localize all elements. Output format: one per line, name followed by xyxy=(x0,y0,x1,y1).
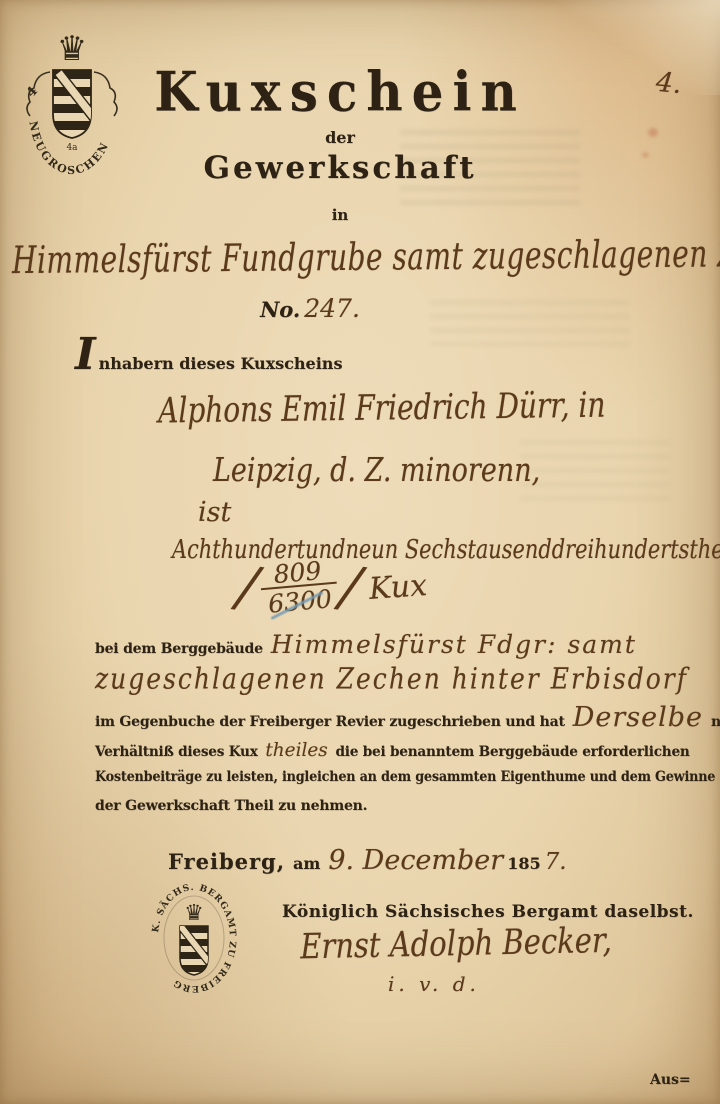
body-line-4: Verhältniß dieses Kux theiles die bei be… xyxy=(95,739,690,761)
body-line-1-hand: Himmelsfürst Fdgr: samt xyxy=(271,630,637,659)
fraction-denominator: 6300 xyxy=(261,582,339,619)
dateline: Freiberg, am 9. December 185 7. xyxy=(168,845,567,876)
body-line-2-hand: zugeschlagenen Zechen hinter Erbisdorf xyxy=(95,662,688,695)
fraction-unit: Kux xyxy=(368,568,428,607)
bleed-through xyxy=(430,300,630,346)
signature-note: i. v. d. xyxy=(388,972,480,996)
certificate-number: No.247. xyxy=(200,294,420,323)
dateline-day-month: 9. December xyxy=(328,845,503,876)
share-fraction: / 809 6300 / Kux xyxy=(238,560,427,616)
certificate-title: Kuxschein xyxy=(70,60,610,124)
fraction-slash: / xyxy=(337,561,363,614)
title-in: in xyxy=(70,206,610,224)
mine-name-line: Himmelsfürst Fundgrube samt zugeschlagen… xyxy=(12,231,712,282)
title-der: der xyxy=(70,128,610,147)
seal-crown-icon: ♛ xyxy=(184,901,204,926)
body-line-3-hand: Derselbe xyxy=(573,702,703,733)
signature: Ernst Adolph Becker, xyxy=(300,919,612,966)
seal-shield xyxy=(177,923,212,975)
dateline-place: Freiberg, xyxy=(168,849,285,874)
body-line-5: Kostenbeiträge zu leisten, ingleichen an… xyxy=(95,769,715,785)
stain xyxy=(642,152,649,158)
bleed-through xyxy=(520,440,670,510)
issuer-line: Königlich Sächsisches Bergamt daselbst. xyxy=(282,902,694,922)
dateline-year-printed: 185 xyxy=(507,854,540,873)
dateline-year-digit: 7. xyxy=(545,849,567,875)
fraction-stack: 809 6300 xyxy=(259,557,339,619)
verb-ist: ist xyxy=(198,497,231,528)
body-line-1: bei dem Berggebäude Himmelsfürst Fdgr: s… xyxy=(95,630,637,659)
body-line-4-printed-b: die bei benanntem Berggebäude erforderli… xyxy=(335,744,689,760)
body-line-1-printed: bei dem Berggebäude xyxy=(95,641,263,657)
catchword: Aus= xyxy=(650,1072,691,1088)
fraction-slash: / xyxy=(235,561,261,614)
body-line-4-hand: theiles xyxy=(265,739,327,761)
stain xyxy=(648,128,658,137)
dateline-am: am xyxy=(293,854,320,873)
holder-intro: Inhabern dieses Kuxscheins xyxy=(75,338,405,373)
document-page: ♛ 4 4a NEUGROSCHEN xyxy=(0,0,720,1104)
page-number: 4. xyxy=(654,67,683,101)
body-line-3-printed-b: nach xyxy=(711,714,720,730)
body-line-3: im Gegenbuche der Freiberger Revier zuge… xyxy=(95,702,720,733)
official-seal: ♛ K. SÄCHS. BERGAMT ZU FREIBERG xyxy=(148,880,240,1000)
body-line-4-printed-a: Verhältniß dieses Kux xyxy=(95,744,258,760)
body-line-3-printed-a: im Gegenbuche der Freiberger Revier zuge… xyxy=(95,714,565,730)
number-value: 247. xyxy=(304,294,360,323)
number-label: No. xyxy=(260,297,300,322)
organisation-name: Gewerkschaft xyxy=(70,150,610,186)
holder-residence: Leipzig, d. Z. minorenn, xyxy=(213,452,540,489)
body-line-6: der Gewerkschaft Theil zu nehmen. xyxy=(95,798,367,814)
stamp-denomination: 4 xyxy=(24,84,41,101)
holder-name: Alphons Emil Friedrich Dürr, in xyxy=(158,384,606,431)
